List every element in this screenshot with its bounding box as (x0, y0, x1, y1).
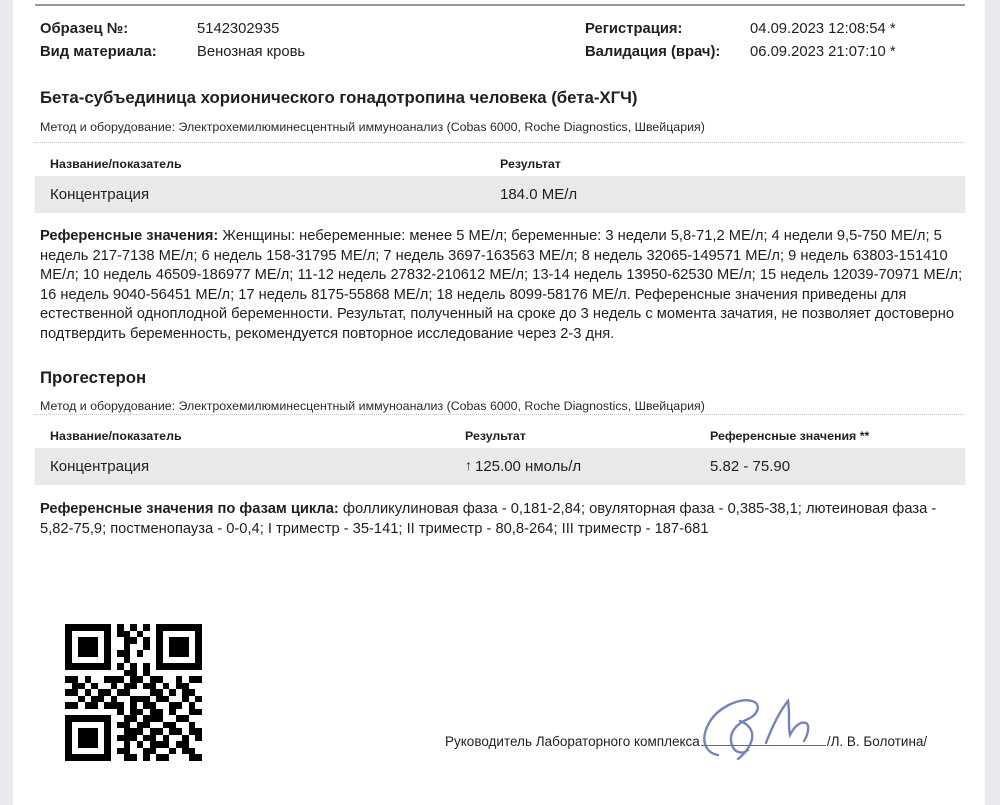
qr-code (65, 624, 202, 761)
material-type-label: Вид материала: (40, 41, 197, 64)
hcg-col-name-header: Название/показатель (35, 143, 485, 176)
hcg-section-title: Бета-субъединица хорионического гонадотр… (40, 88, 638, 108)
hcg-row-name: Концентрация (35, 176, 485, 213)
sample-number-value: 5142302935 (197, 18, 305, 41)
progesterone-col-reference-header: Референсные значения ** (695, 415, 965, 448)
registration-label: Регистрация: (585, 18, 750, 41)
hcg-method-line: Метод и оборудование: Электрохемилюминес… (40, 120, 705, 134)
validation-label: Валидация (врач): (585, 41, 750, 64)
signature-block: Руководитель Лабораторного комплекса /Л.… (445, 733, 927, 749)
dates-info-block: Регистрация: 04.09.2023 12:08:54 * Валид… (585, 18, 896, 64)
progesterone-row-result: ↑125.00 нмоль/л (450, 448, 695, 485)
progesterone-method-line: Метод и оборудование: Электрохемилюминес… (40, 399, 705, 413)
progesterone-row-name: Концентрация (35, 448, 450, 485)
hcg-results-table: Название/показатель Результат Концентрац… (35, 142, 965, 213)
progesterone-reference-paragraph: Референсные значения по фазам цикла: фол… (40, 500, 968, 539)
report-page: Образец №: 5142302935 Вид материала: Вен… (13, 0, 985, 805)
hcg-row-result: 184.0 МЕ/л (485, 176, 965, 213)
progesterone-col-result-header: Результат (450, 415, 695, 448)
hcg-table-header-row: Название/показатель Результат (35, 143, 965, 176)
progesterone-table-header-row: Название/показатель Результат Референсны… (35, 415, 965, 448)
hcg-reference-paragraph: Референсные значения: Женщины: неберемен… (40, 227, 968, 344)
progesterone-results-table: Название/показатель Результат Референсны… (35, 414, 965, 485)
progesterone-reference-lead: Референсные значения по фазам цикла: (40, 501, 339, 517)
hcg-reference-text: Женщины: небеременные: менее 5 МЕ/л; бер… (40, 228, 962, 342)
hcg-reference-lead: Референсные значения: (40, 228, 218, 244)
registration-value: 04.09.2023 12:08:54 * (750, 18, 896, 41)
top-divider (35, 4, 965, 6)
handwritten-signature (688, 693, 838, 765)
signatory-title-label: Руководитель Лабораторного комплекса (445, 734, 700, 749)
progesterone-col-name-header: Название/показатель (35, 415, 450, 448)
progesterone-section-title: Прогестерон (40, 368, 146, 388)
progesterone-row-reference: 5.82 - 75.90 (695, 448, 965, 485)
table-row: Концентрация 184.0 МЕ/л (35, 176, 965, 213)
sample-number-label: Образец №: (40, 18, 197, 41)
signatory-name: /Л. В. Болотина/ (827, 734, 927, 749)
sample-info-block: Образец №: 5142302935 Вид материала: Вен… (40, 18, 305, 64)
hcg-col-result-header: Результат (485, 143, 965, 176)
validation-value: 06.09.2023 21:07:10 * (750, 41, 896, 64)
table-row: Концентрация ↑125.00 нмоль/л 5.82 - 75.9… (35, 448, 965, 485)
progesterone-result-value: 125.00 нмоль/л (475, 458, 581, 475)
high-value-arrow-icon: ↑ (465, 457, 472, 473)
signature-line (701, 733, 826, 746)
material-type-value: Венозная кровь (197, 41, 305, 64)
